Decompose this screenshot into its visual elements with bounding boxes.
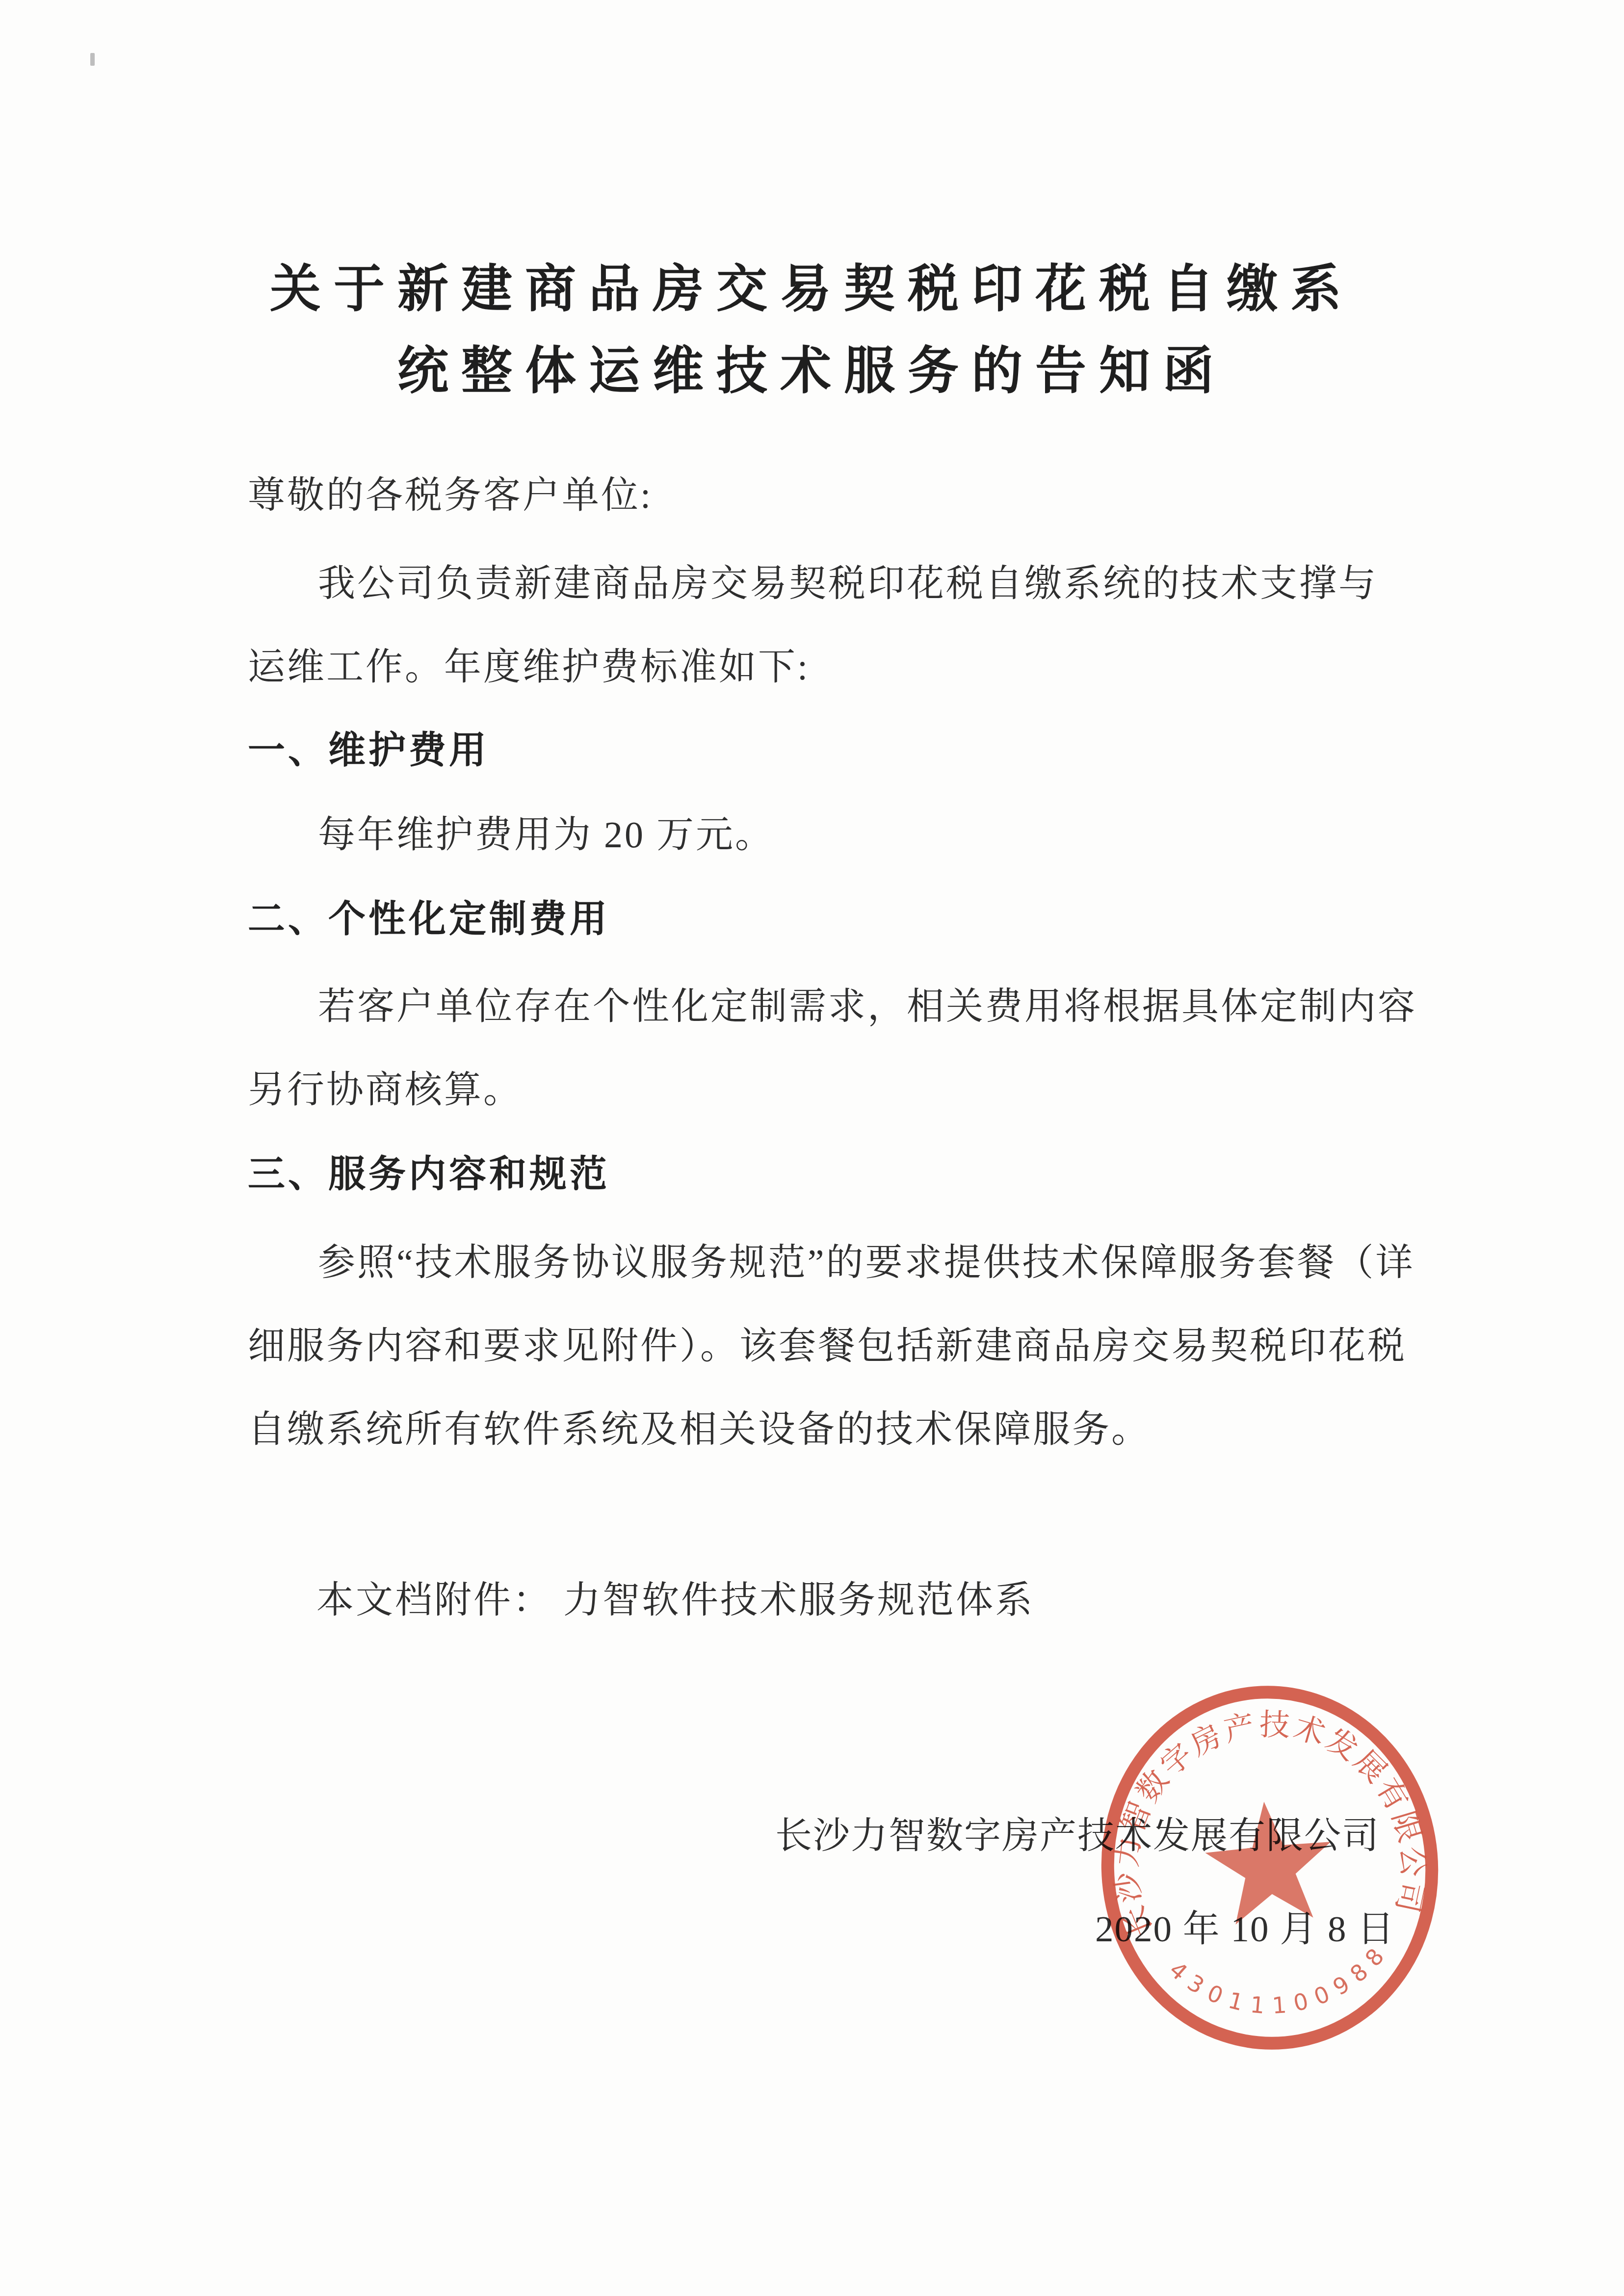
section3-line3: 自缴系统所有软件系统及相关设备的技术保障服务。 — [248, 1399, 1151, 1453]
document-title-line2: 统整体运维技术服务的告知函 — [0, 330, 1624, 403]
company-seal-svg: 长沙力智数字房产技术发展有限公司 43011100988 — [1098, 1679, 1441, 2057]
section3-line1: 参照“技术服务协议服务规范”的要求提供技术保障服务套餐（详 — [318, 1232, 1414, 1286]
section2-line1: 若客户单位存在个性化定制需求，相关费用将根据具体定制内容 — [318, 976, 1417, 1030]
salutation: 尊敬的各税务客户单位: — [248, 465, 653, 519]
section2-heading: 二、个性化定制费用 — [248, 889, 610, 942]
section2-line2: 另行协商核算。 — [248, 1060, 523, 1113]
company-seal: 长沙力智数字房产技术发展有限公司 43011100988 — [1098, 1679, 1441, 2057]
section3-line2: 细服务内容和要求见附件）。该套餐包括新建商品房交易契税印花税 — [248, 1316, 1407, 1369]
section1-body: 每年维护费用为 20 万元。 — [318, 805, 774, 858]
section1-heading: 一、维护费用 — [248, 720, 489, 774]
attachment-line: 本文档附件： 力智软件技术服务规范体系 — [316, 1570, 1034, 1623]
paragraph1-line1: 我公司负责新建商品房交易契税印花税自缴系统的技术支撑与 — [318, 553, 1378, 607]
document-title-line1: 关于新建商品房交易契税印花税自缴系 — [0, 248, 1624, 321]
paragraph1-line2: 运维工作。年度维护费标准如下: — [248, 637, 810, 690]
section3-heading: 三、服务内容和规范 — [248, 1144, 610, 1198]
document-page: 关于新建商品房交易契税印花税自缴系 统整体运维技术服务的告知函 尊敬的各税务客户… — [0, 0, 1624, 2296]
scan-artifact — [90, 53, 95, 66]
star-icon — [1201, 1796, 1337, 1927]
